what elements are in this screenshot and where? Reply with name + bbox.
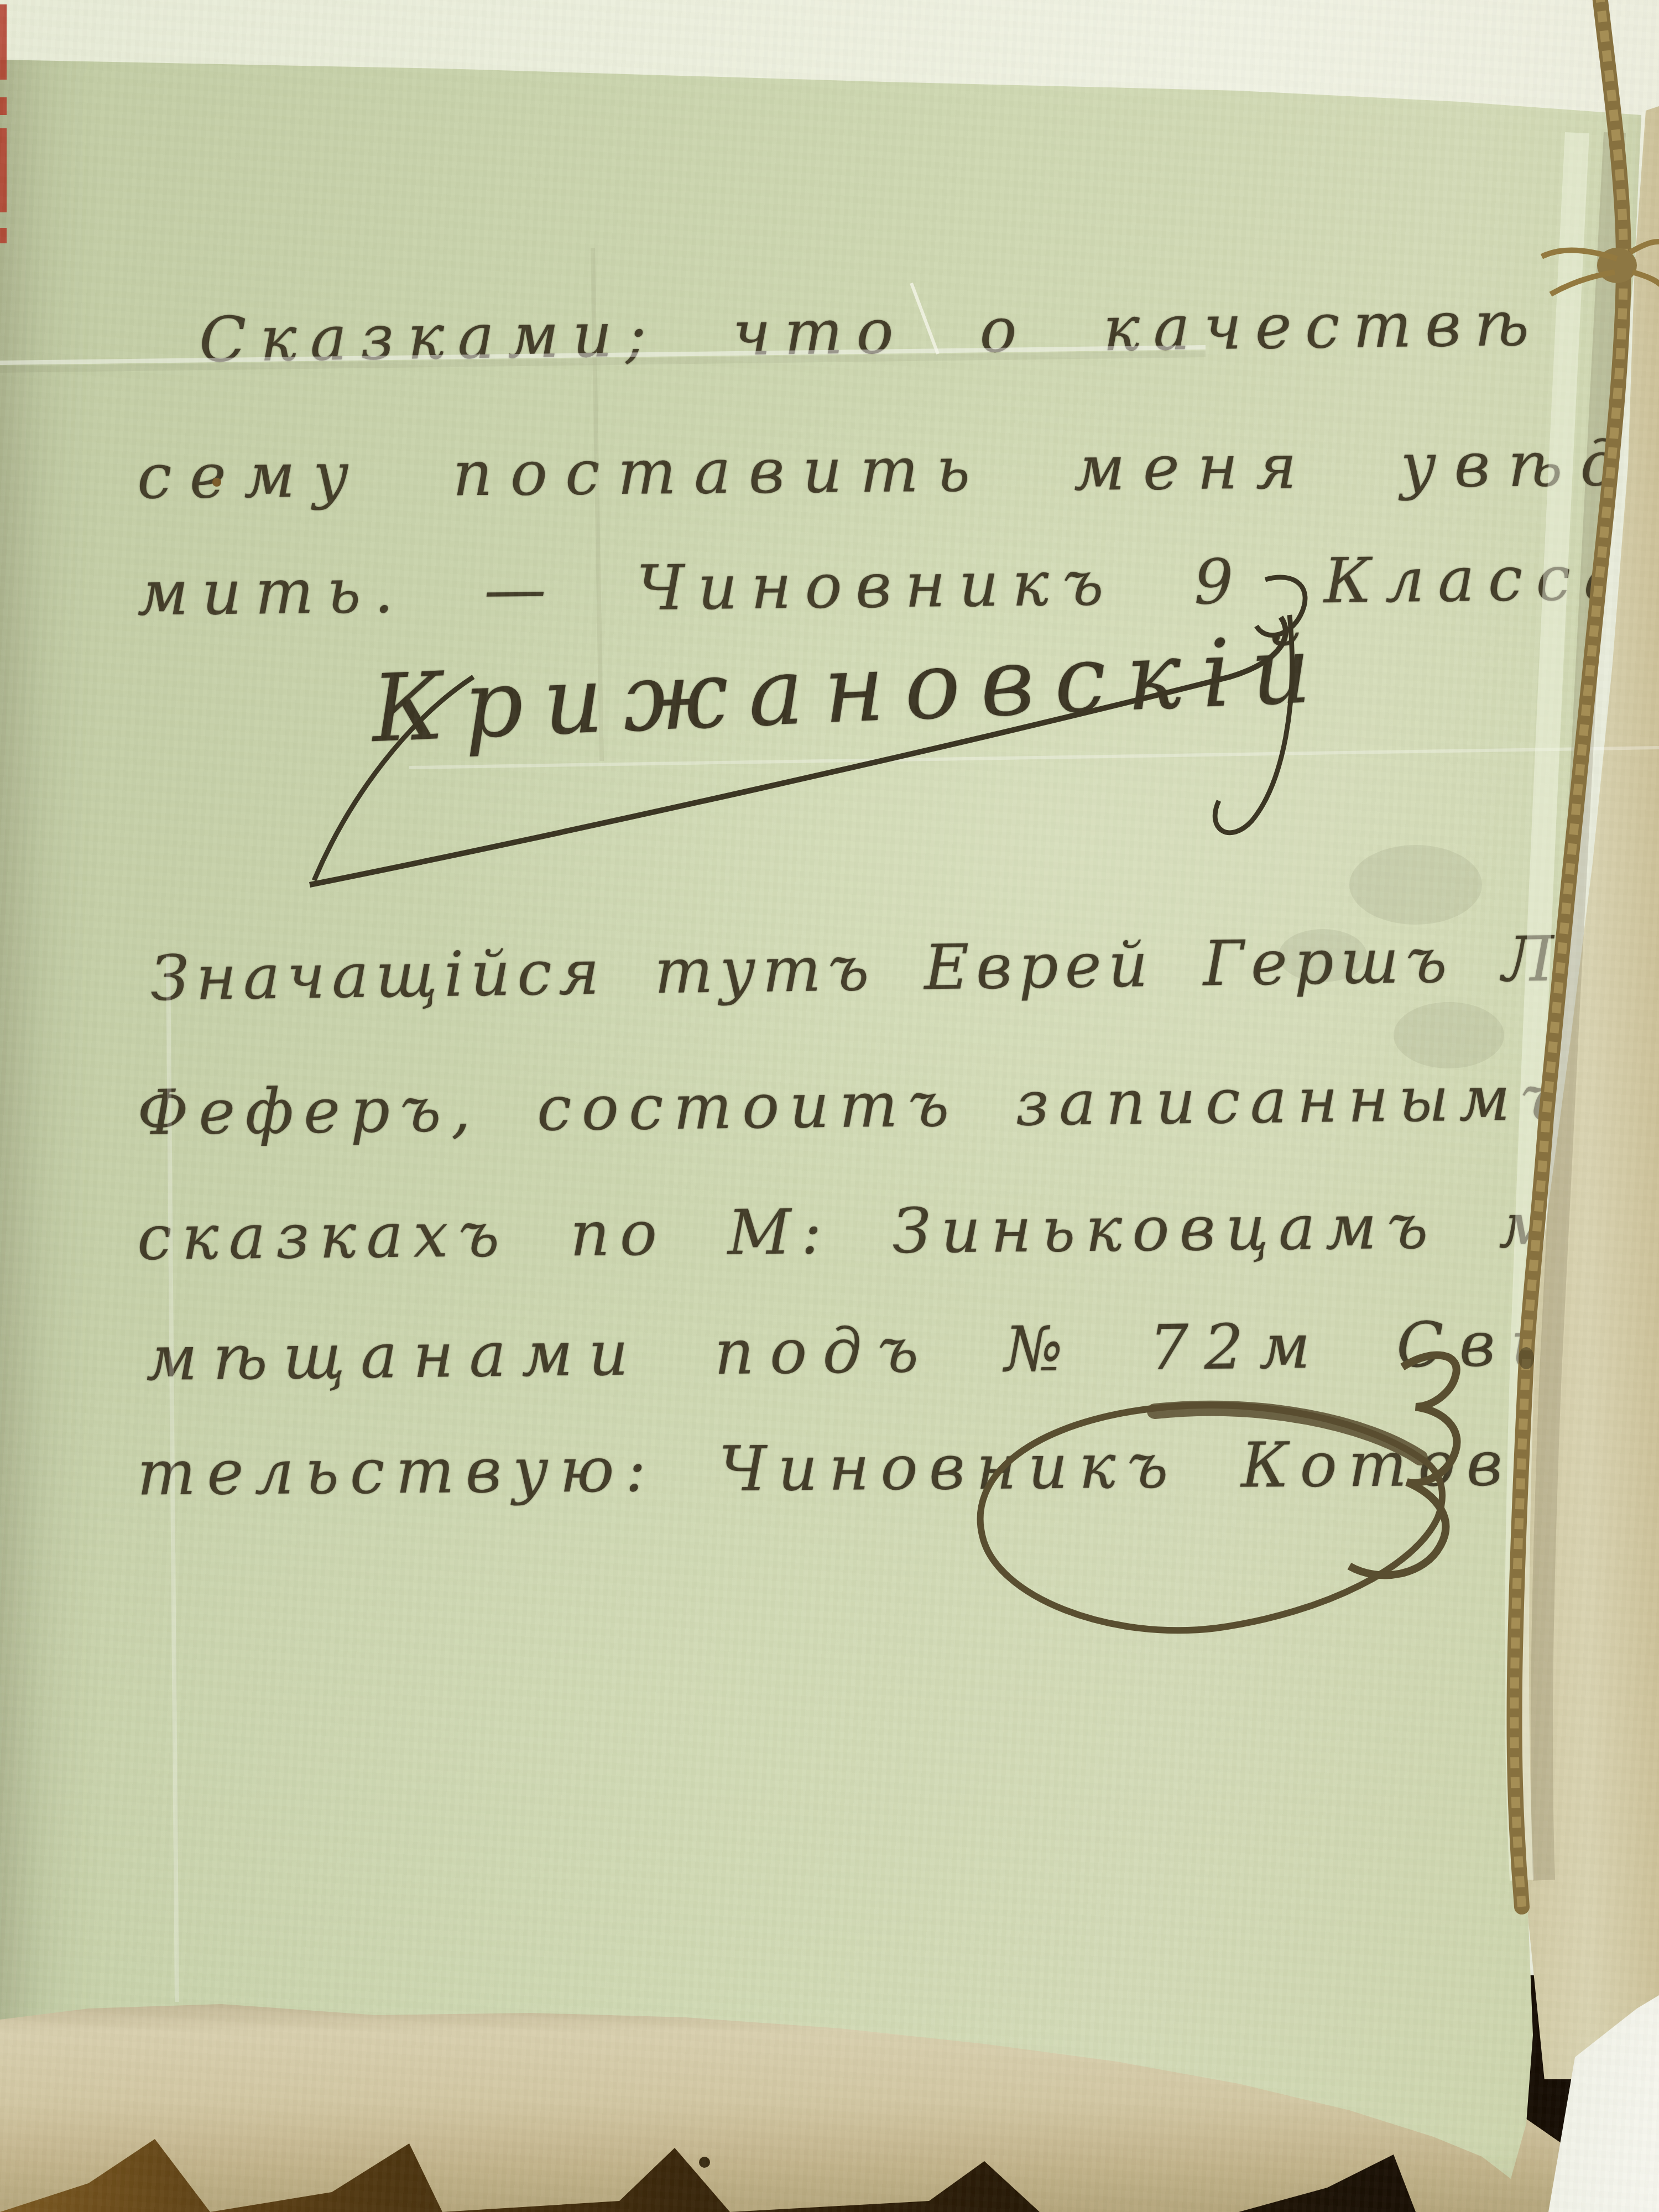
ink-bleedthrough <box>1279 845 1504 1068</box>
notary-paraph <box>980 1355 1457 1631</box>
stitch-hole <box>1519 1347 1534 1369</box>
signature-flourish <box>310 577 1305 885</box>
fold-creases <box>0 248 1659 2002</box>
photo-detail-overlay <box>0 0 1659 2212</box>
archival-photo: Сказками; что о качествѣ по- сему постав… <box>0 0 1659 2212</box>
